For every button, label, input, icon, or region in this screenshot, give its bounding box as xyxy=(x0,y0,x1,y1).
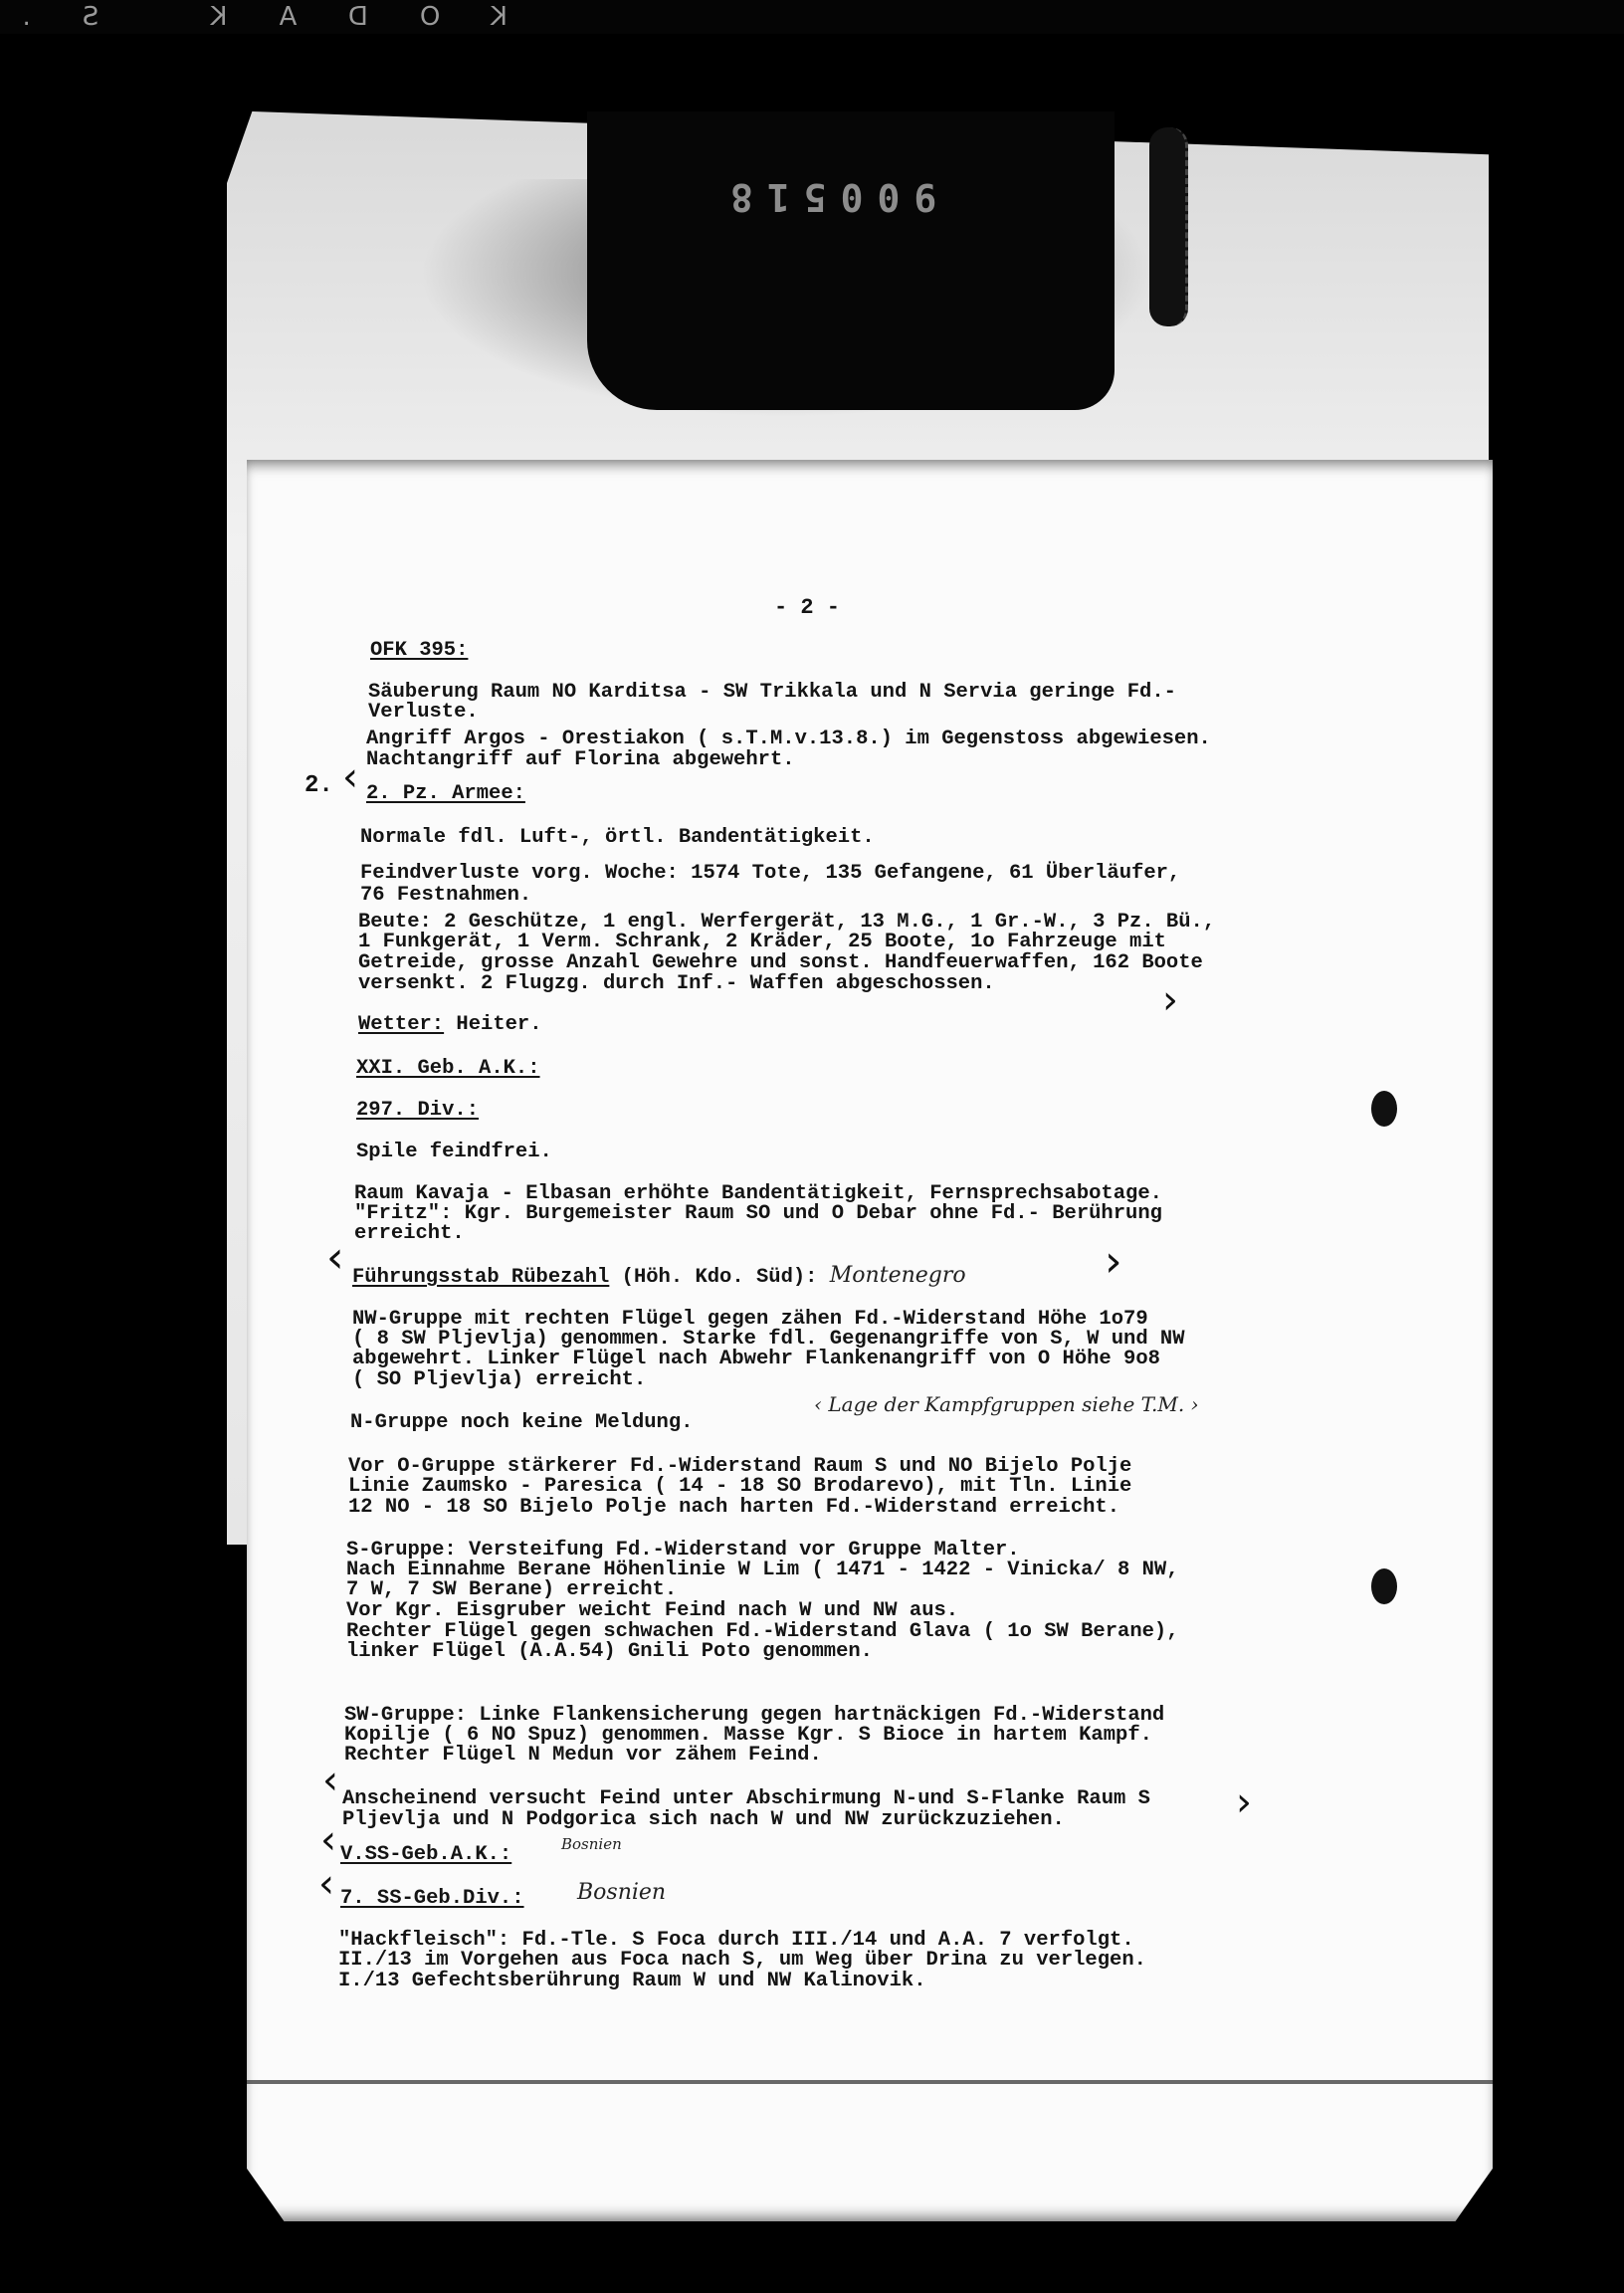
section-heading-v-ss-geb-ak: V.SS-Geb.A.K.: xyxy=(340,1843,511,1866)
section-heading-ofk395: OFK 395: xyxy=(370,639,468,662)
text-line: Rechter Flügel N Medun vor zähem Feind. xyxy=(344,1744,822,1767)
film-edge: KODAK S.A.F.E xyxy=(0,0,1624,34)
bracket-open-icon: ‹ xyxy=(326,1246,344,1269)
text-line: linker Flügel (A.A.54) Gnili Poto genomm… xyxy=(346,1640,873,1663)
section-heading-fuehrungsstab: Führungsstab Rübezahl xyxy=(352,1266,609,1289)
text-line: Linie Zaumsko - Paresica ( 14 - 18 SO Br… xyxy=(348,1475,1131,1498)
text-line: "Fritz": Kgr. Burgemeister Raum SO und O… xyxy=(354,1202,1162,1225)
text-line: erreicht. xyxy=(354,1222,465,1245)
page-number: - 2 - xyxy=(774,595,840,620)
section-heading-297-div: 297. Div.: xyxy=(356,1099,479,1122)
text-line: ( SO Pljevlja) erreicht. xyxy=(352,1368,646,1391)
bracket-open-icon: ‹ xyxy=(342,766,358,789)
bracket-close-icon: › xyxy=(1184,1392,1198,1416)
bracket-open-icon: ‹ xyxy=(318,1873,334,1896)
frame-counter-device xyxy=(587,111,1115,410)
page-fold-line xyxy=(247,2080,1493,2084)
handwritten-annotation: Bosnien xyxy=(561,1833,622,1856)
text-line: Feindverluste vorg. Woche: 1574 Tote, 13… xyxy=(360,862,1180,885)
text-line: Pljevlja und N Podgorica sich nach W und… xyxy=(342,1808,1065,1831)
text-line: I./13 Gefechtsberührung Raum W und NW Ka… xyxy=(338,1970,926,1992)
handwritten-annotation: Montenegro xyxy=(830,1263,966,1288)
margin-mark: 2. xyxy=(304,772,333,799)
section-heading-line: Führungsstab Rübezahl (Höh. Kdo. Süd): M… xyxy=(352,1264,966,1289)
frame-counter-digits: 900518 xyxy=(716,175,936,219)
section-heading-2-pz-armee: 2. Pz. Armee: xyxy=(366,782,525,805)
text-line: 7 W, 7 SW Berane) erreicht. xyxy=(346,1578,677,1601)
bracket-open-icon: ‹ xyxy=(322,1770,338,1792)
ink-smudge xyxy=(1371,1091,1397,1127)
text-line: 12 NO - 18 SO Bijelo Polje nach harten F… xyxy=(348,1496,1119,1519)
bracket-open-icon: ‹ xyxy=(320,1829,336,1852)
handwritten-note: ‹ Lage der Kampfgruppen siehe T.M. › xyxy=(814,1393,1199,1416)
bracket-close-icon: › xyxy=(1236,1791,1252,1814)
text-line: Nachtangriff auf Florina abgewehrt. xyxy=(366,748,795,771)
bracket-close-icon: › xyxy=(1162,989,1178,1012)
bracket-close-icon: › xyxy=(1105,1250,1122,1273)
text-line: II./13 im Vorgehen aus Foca nach S, um W… xyxy=(338,1949,1146,1972)
section-heading-xxi-geb-ak: XXI. Geb. A.K.: xyxy=(356,1057,540,1080)
ink-smudge xyxy=(1371,1568,1397,1604)
section-heading-7-ss-geb-div: 7. SS-Geb.Div.: xyxy=(340,1887,524,1910)
text-line: Angriff Argos - Orestiakon ( s.T.M.v.13.… xyxy=(366,728,1211,750)
text-line: abgewehrt. Linker Flügel nach Abwehr Fla… xyxy=(352,1348,1160,1370)
text-line: versenkt. 2 Flugzg. durch Inf.- Waffen a… xyxy=(358,972,995,995)
weather-value: Heiter. xyxy=(444,1013,541,1036)
text-line: Säuberung Raum NO Karditsa - SW Trikkala… xyxy=(368,681,1176,704)
handwritten-note-text: Lage der Kampfgruppen siehe T.M. xyxy=(828,1392,1184,1416)
section-heading-suffix: (Höh. Kdo. Süd): xyxy=(609,1266,829,1289)
text-line: Verluste. xyxy=(368,701,479,724)
bracket-open-icon: ‹ xyxy=(814,1392,828,1416)
film-edge-text: KODAK S.A.F.E xyxy=(0,2,507,32)
text-line: Anscheinend versucht Feind unter Abschir… xyxy=(342,1787,1150,1810)
text-line: 76 Festnahmen. xyxy=(360,884,531,907)
counter-knob-icon xyxy=(1149,127,1188,326)
handwritten-annotation: Bosnien xyxy=(577,1881,666,1904)
text-line: Normale fdl. Luft-, örtl. Bandentätigkei… xyxy=(360,826,875,849)
text-line: 1 Funkgerät, 1 Verm. Schrank, 2 Kräder, … xyxy=(358,931,1166,953)
text-line: N-Gruppe noch keine Meldung. xyxy=(350,1411,693,1434)
text-line: Vor Kgr. Eisgruber weicht Feind nach W u… xyxy=(346,1599,958,1622)
text-line: Spile feindfrei. xyxy=(356,1141,552,1163)
text-line: Getreide, grosse Anzahl Gewehre und sons… xyxy=(358,951,1203,974)
weather-line: Wetter: Heiter. xyxy=(358,1013,542,1036)
weather-label: Wetter: xyxy=(358,1013,444,1036)
